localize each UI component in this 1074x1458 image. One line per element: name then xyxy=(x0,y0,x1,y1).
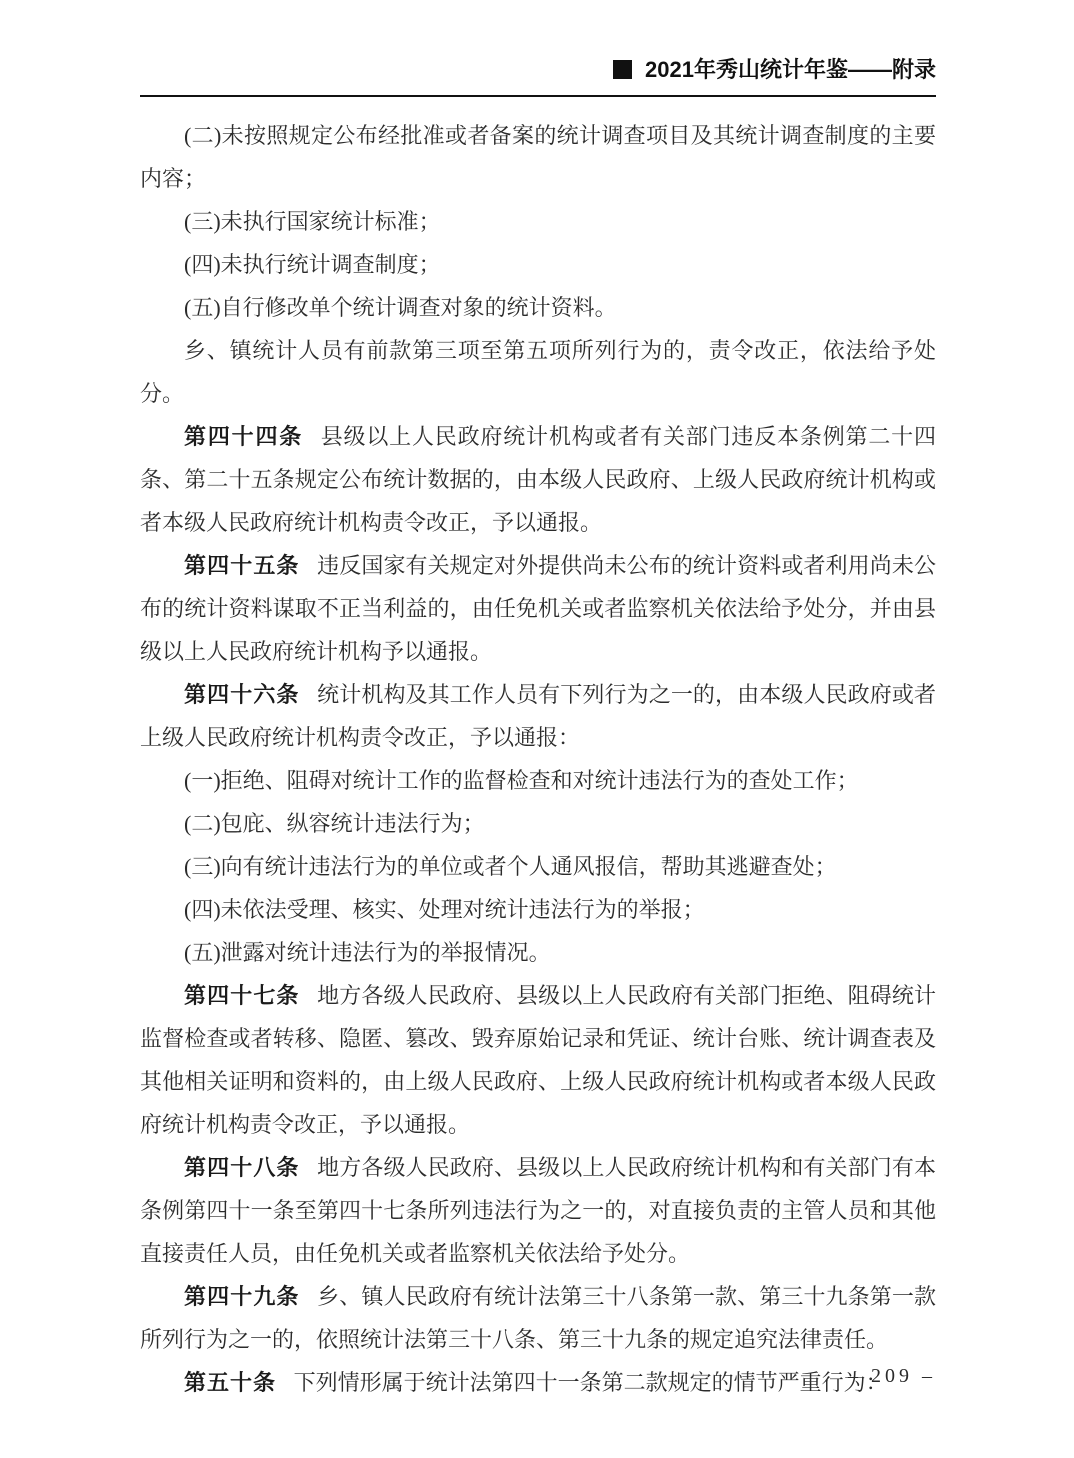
paragraph: (三)未执行国家统计标准； xyxy=(140,200,936,243)
article-number: 第四十四条 xyxy=(184,424,303,449)
paragraph-text: 乡、镇统计人员有前款第三项至第五项所列行为的，责令改正，依法给予处分。 xyxy=(140,338,936,406)
paragraph: (二)包庇、纵容统计违法行为； xyxy=(140,802,936,845)
paragraph: 第四十七条地方各级人民政府、县级以上人民政府有关部门拒绝、阻碍统计监督检查或者转… xyxy=(140,974,936,1146)
black-square-icon xyxy=(613,60,632,79)
paragraph: (四)未执行统计调查制度； xyxy=(140,243,936,286)
article-number: 第四十七条 xyxy=(184,983,300,1008)
paragraph: (二)未按照规定公布经批准或者备案的统计调查项目及其统计调查制度的主要内容； xyxy=(140,114,936,200)
document-page: 2021年秀山统计年鉴——附录 (二)未按照规定公布经批准或者备案的统计调查项目… xyxy=(0,0,1074,1458)
paragraph-text: (三)向有统计违法行为的单位或者个人通风报信，帮助其逃避查处； xyxy=(184,854,837,879)
paragraph-text: (五)自行修改单个统计调查对象的统计资料。 xyxy=(184,295,617,320)
paragraph: (四)未依法受理、核实、处理对统计违法行为的举报； xyxy=(140,888,936,931)
article-number: 第四十八条 xyxy=(184,1155,300,1180)
paragraph-text: (四)未依法受理、核实、处理对统计违法行为的举报； xyxy=(184,897,705,922)
paragraph-text: (一)拒绝、阻碍对统计工作的监督检查和对统计违法行为的查处工作； xyxy=(184,768,859,793)
paragraph: 第四十五条违反国家有关规定对外提供尚未公布的统计资料或者利用尚未公布的统计资料谋… xyxy=(140,544,936,673)
article-number: 第四十六条 xyxy=(184,682,300,707)
paragraph: 第四十六条统计机构及其工作人员有下列行为之一的，由本级人民政府或者上级人民政府统… xyxy=(140,673,936,759)
page-footer: – 209 – xyxy=(140,1365,936,1388)
page-number: – 209 – xyxy=(848,1365,936,1387)
article-number: 第四十五条 xyxy=(184,553,300,578)
paragraph: 第四十九条乡、镇人民政府有统计法第三十八条第一款、第三十九条第一款所列行为之一的… xyxy=(140,1275,936,1361)
article-number: 第四十九条 xyxy=(184,1284,300,1309)
paragraph: 乡、镇统计人员有前款第三项至第五项所列行为的，责令改正，依法给予处分。 xyxy=(140,329,936,415)
paragraph-text: (三)未执行国家统计标准； xyxy=(184,209,441,234)
paragraph-text: (五)泄露对统计违法行为的举报情况。 xyxy=(184,940,551,965)
paragraph: (三)向有统计违法行为的单位或者个人通风报信，帮助其逃避查处； xyxy=(140,845,936,888)
paragraph-text: (二)未按照规定公布经批准或者备案的统计调查项目及其统计调查制度的主要内容； xyxy=(140,123,936,191)
paragraph: (一)拒绝、阻碍对统计工作的监督检查和对统计违法行为的查处工作； xyxy=(140,759,936,802)
page-header: 2021年秀山统计年鉴——附录 xyxy=(140,56,936,97)
paragraph: (五)自行修改单个统计调查对象的统计资料。 xyxy=(140,286,936,329)
paragraph: (五)泄露对统计违法行为的举报情况。 xyxy=(140,931,936,974)
paragraph: 第四十八条地方各级人民政府、县级以上人民政府统计机构和有关部门有本条例第四十一条… xyxy=(140,1146,936,1275)
document-body: (二)未按照规定公布经批准或者备案的统计调查项目及其统计调查制度的主要内容；(三… xyxy=(140,114,936,1404)
header-title: 2021年秀山统计年鉴——附录 xyxy=(645,57,936,82)
paragraph-text: (四)未执行统计调查制度； xyxy=(184,252,441,277)
paragraph: 第四十四条县级以上人民政府统计机构或者有关部门违反本条例第二十四条、第二十五条规… xyxy=(140,415,936,544)
paragraph-text: (二)包庇、纵容统计违法行为； xyxy=(184,811,485,836)
